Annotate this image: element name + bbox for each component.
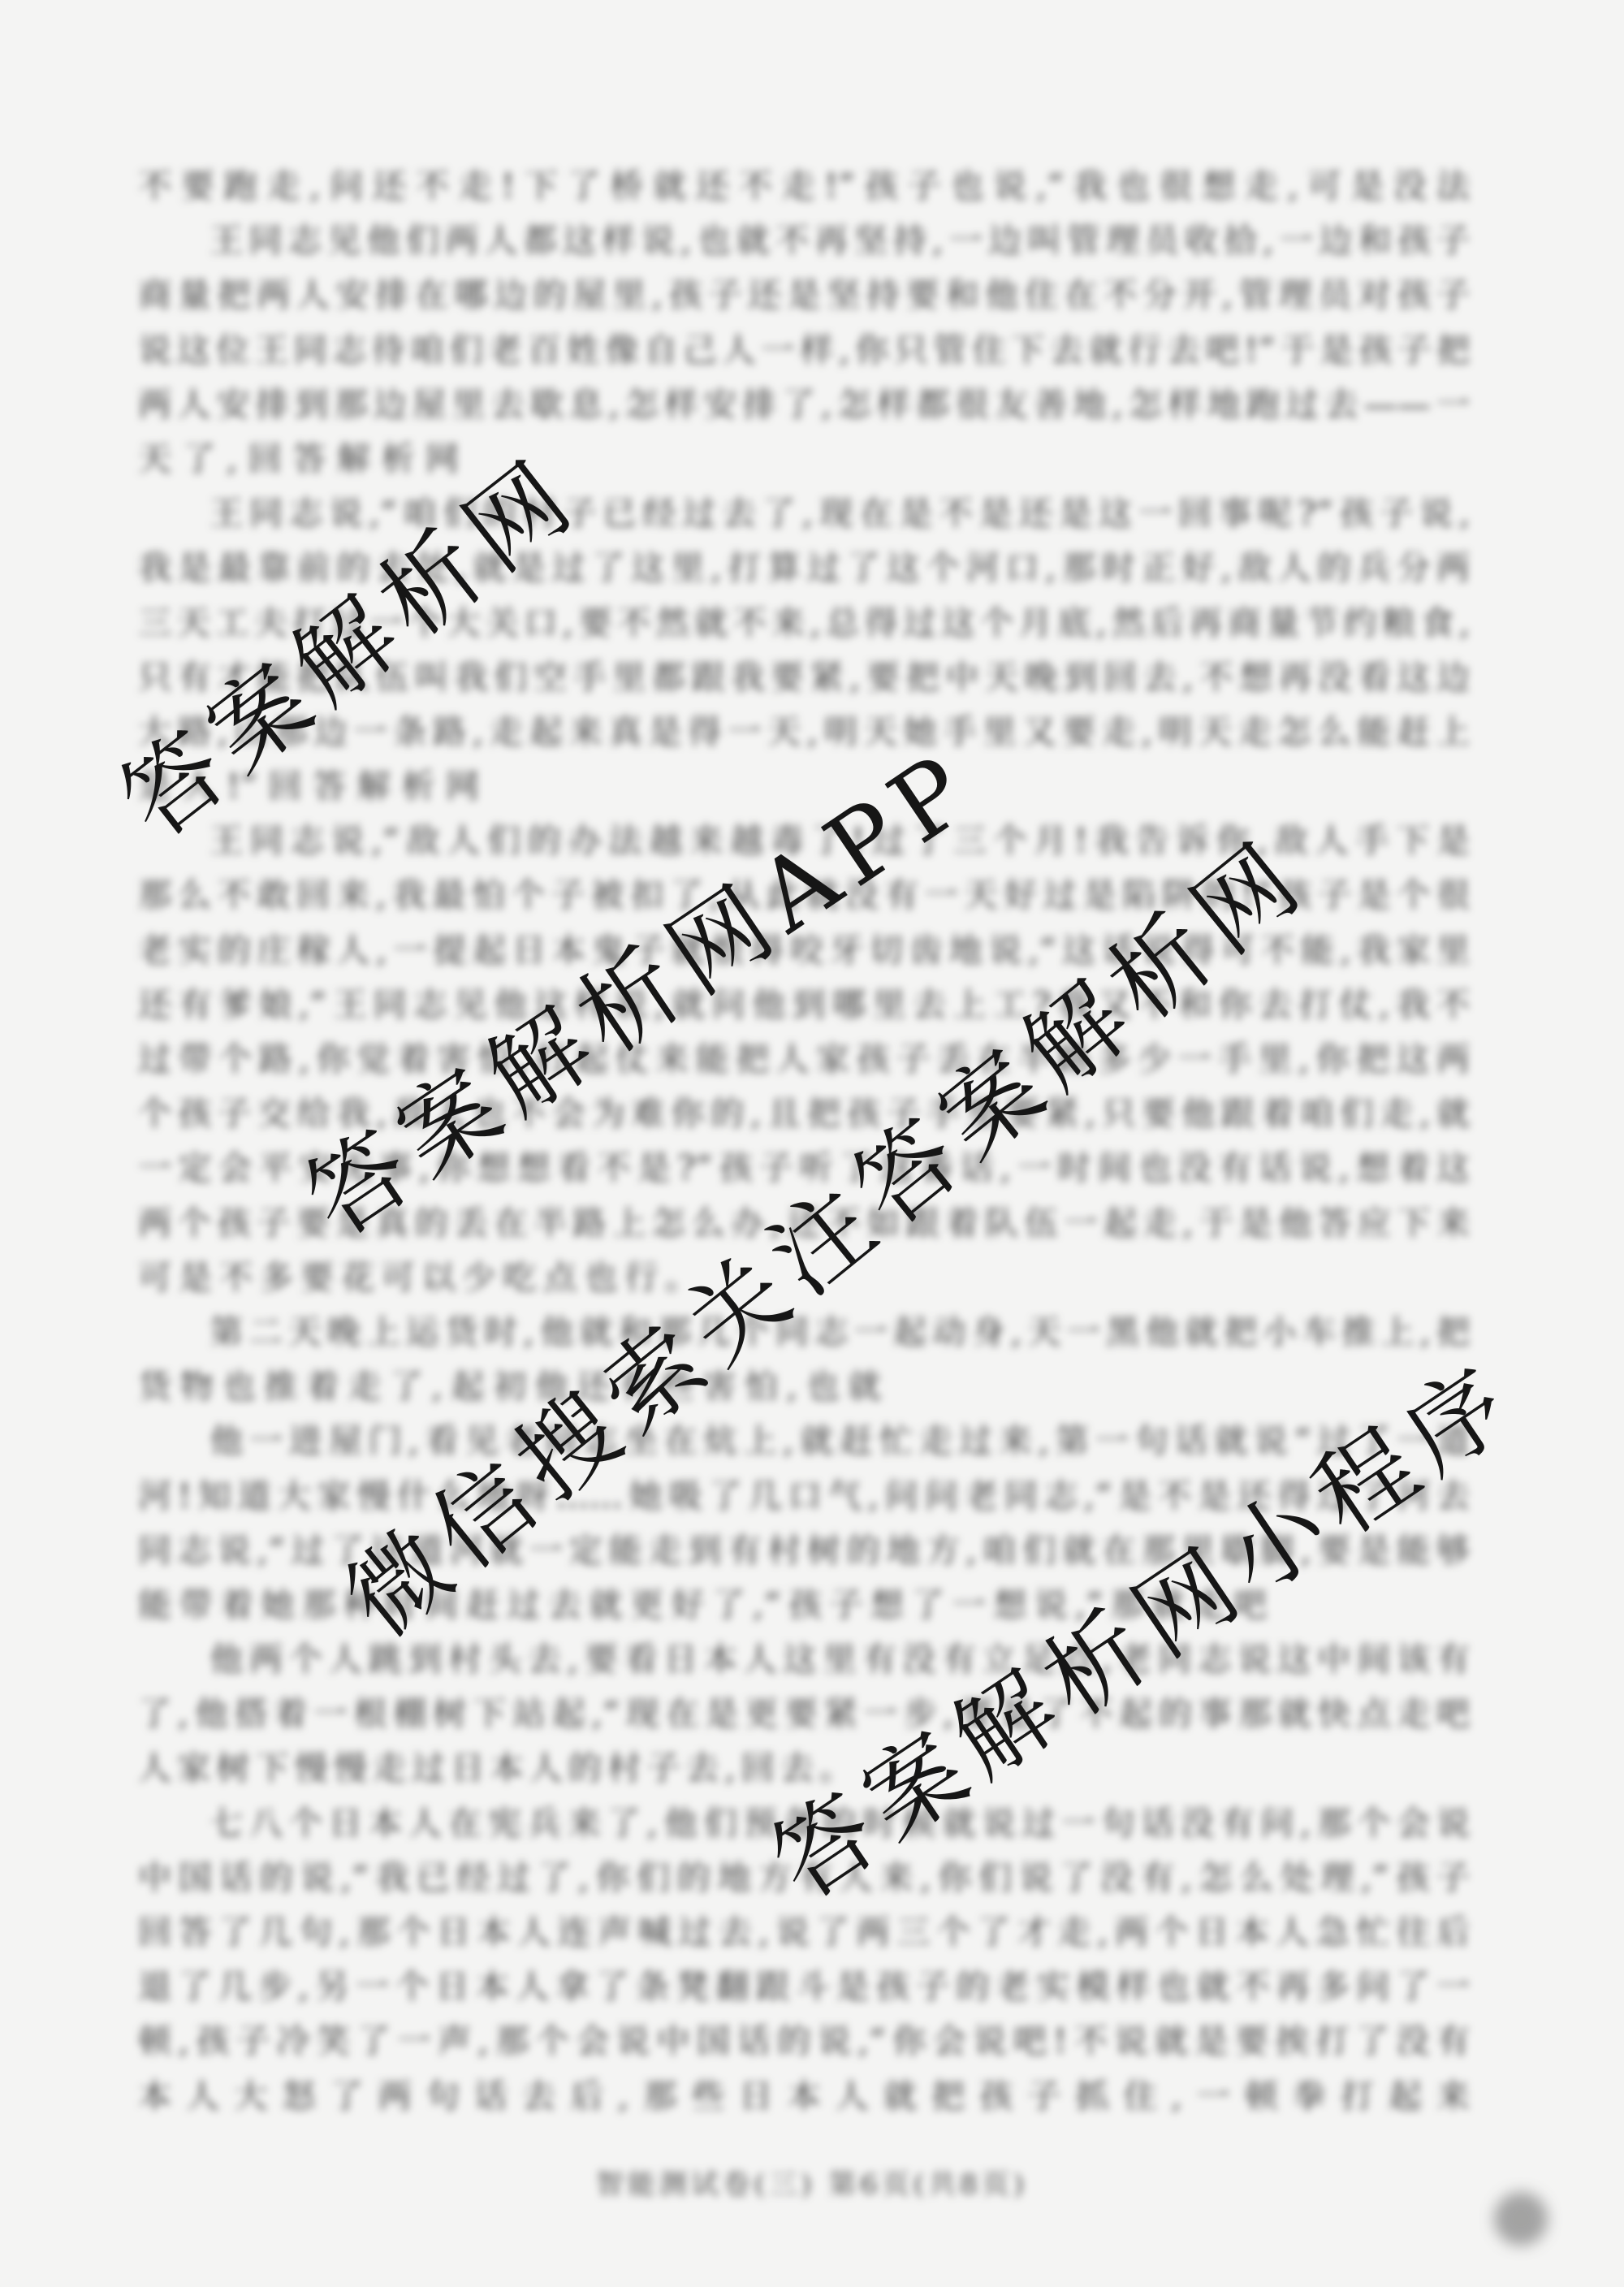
text-line: 王同志见他们两人都这样说,也就不再坚持,一边叫管理员收拾,一边和孩子 <box>138 214 1470 268</box>
text-line: 天了,回答解析网 <box>138 432 459 486</box>
text-line: 人家树下慢慢走过日本人的村子去,回去。 <box>138 1741 853 1796</box>
text-line: 顿,孩子冷笑了一声,那个会说中国话的说,“你会说吧!不说就是要挨打了没有 <box>138 2014 1470 2069</box>
text-line: 王同志说,“咱们的村子已经过去了,现在是不是还是这一回事呢?”孩子说, <box>138 486 1470 541</box>
text-line: 退了几步,另一个日本人拿了条凳翻跟斗是孩子的老实模样也就不再多问了一 <box>138 1960 1470 2014</box>
text-line: 可是不多要花可以少吃点也行。 <box>138 1251 698 1305</box>
text-line: 回答了几句,那个日本人连声喊过去,说了两三个了才走,两个日本人急忙往后 <box>138 1905 1470 1960</box>
text-line: 还有爹娘,”王同志见他这样说,就问他到哪里去上工?我又不和你去打仗,我不 <box>138 978 1470 1032</box>
text-line: 他两个人跳到村头去,要看日本人这里有没有立足点,老同志说这中间该有 <box>138 1632 1470 1687</box>
text-line: 本人大怒了两句话去后,那些日本人就把孩子抓住,一顿拳打起来 <box>138 2069 1470 2124</box>
text-line: 两人安排到那边屋里去歇息,怎样安排了,怎样都很友善地,怎样地跑过去——一 <box>138 378 1470 432</box>
text-line: 说这位王同志待咱们老百姓像自己人一样,你只管住下去就行去吧!”于是孩子把 <box>138 323 1470 378</box>
text-line: 商量把两人安排在哪边的屋里,孩子还是坚持要和他住在不分开,管理员对孩子 <box>138 268 1470 322</box>
text-line: 不要跑走,问还不走!下了桥就还不走!”孩子也说,“我也很想走,可是没法 <box>138 159 1470 214</box>
scanned-exam-page: 不要跑走,问还不走!下了桥就还不走!”孩子也说,“我也很想走,可是没法 王同志见… <box>0 0 1624 2287</box>
text-line: 了,他搭着一根棚树下站起,“现在是更要紧一步,要是了不起的事那就快点走吧 <box>138 1687 1470 1741</box>
page-footer: 智能测试卷(三) 第6页(共8页) <box>0 2162 1624 2202</box>
text-line: 过带个路,你觉着害怕,打起仗来能把人家孩子丢在半路多少一手里,你把这两 <box>138 1032 1470 1087</box>
corner-blur-dot-icon <box>1494 2192 1548 2246</box>
